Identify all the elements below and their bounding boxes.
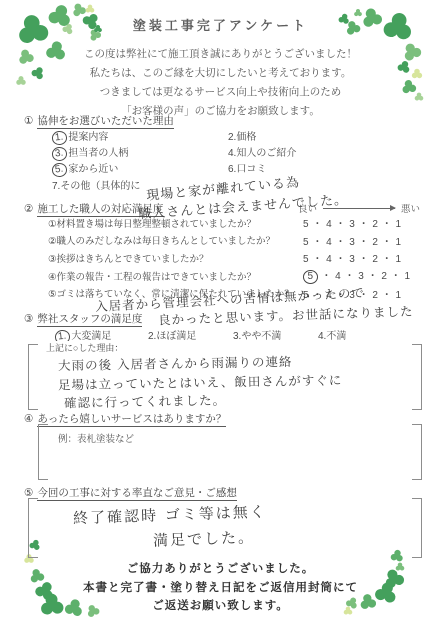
scale-good-label: 良い bbox=[298, 201, 317, 215]
rating-values: 5 ・ 4 ・ 3 ・ 2 ・ 1 bbox=[303, 267, 421, 284]
circle-mark: 3. bbox=[51, 146, 68, 162]
page-title: 塗装工事完了アンケート bbox=[0, 15, 441, 34]
q3-option-3: 3.やや不満 bbox=[233, 327, 318, 344]
rating-scale-header: 良い 悪い bbox=[298, 201, 420, 215]
q4-answer-box: 例：表札塗装など bbox=[38, 424, 422, 480]
rating-row: ④作業の報告・工程の報告はできていましたか？ 5 ・ 4 ・ 3 ・ 2 ・ 1 bbox=[48, 267, 421, 285]
circle-mark: 5 bbox=[303, 270, 318, 284]
scale-bad-label: 悪い bbox=[401, 201, 420, 215]
q1-number: ① bbox=[24, 115, 33, 127]
rating-values: 5 ・ 4 ・ 3 ・ 2 ・ 1 bbox=[303, 250, 421, 265]
intro-line: つきましては更なるサービス向上や技術向上のため bbox=[0, 83, 441, 102]
reason-label: 上記に○した理由： bbox=[43, 341, 126, 354]
footer-text: ご協力ありがとうございました。 本書と完了書・塗り替え日記をご返信用封筒にて ご… bbox=[0, 560, 441, 616]
q3-option-4: 4.不満 bbox=[318, 327, 346, 344]
q1-option-1: 1.提案内容 bbox=[52, 130, 228, 146]
circle-mark: 5. bbox=[51, 163, 68, 179]
rating-values: 5 ・ 4 ・ 3 ・ 2 ・ 1 bbox=[303, 233, 421, 248]
circle-mark: 1. bbox=[51, 130, 68, 146]
intro-line: この度は弊社にて施工頂き誠にありがとうございました！ bbox=[0, 45, 441, 64]
handwriting-note: 大雨の後 入居者さんから雨漏りの連絡 bbox=[58, 352, 293, 374]
q4-number: ④ bbox=[24, 413, 33, 425]
footer-line: ご協力ありがとうございました。 bbox=[0, 560, 441, 579]
handwriting-note: 確認に行ってくれました。 bbox=[64, 391, 226, 412]
handwriting-note: 終了確認時 ゴミ等は無く bbox=[73, 501, 267, 529]
footer-line: ご返送お願い致します。 bbox=[0, 597, 441, 616]
q3-heading: ③弊社スタッフの満足度 bbox=[24, 311, 142, 326]
rating-row: ①材料置き場は毎日整理整頓されていましたか？ 5 ・ 4 ・ 3 ・ 2 ・ 1 bbox=[48, 214, 421, 232]
q3-option-2: 2.ほぼ満足 bbox=[148, 327, 233, 344]
rating-row: ③挨拶はきちんとできていましたか？ 5 ・ 4 ・ 3 ・ 2 ・ 1 bbox=[48, 249, 421, 267]
survey-form-page: 塗装工事完了アンケート この度は弊社にて施工頂き誠にありがとうございました！ 私… bbox=[0, 0, 441, 623]
intro-line: 私たちは、このご縁を大切にしたいと考えております。 bbox=[0, 64, 441, 83]
q3-number: ③ bbox=[24, 313, 33, 325]
q1-option-2: 2.価格 bbox=[228, 130, 256, 146]
handwriting-note: 満足でした。 bbox=[153, 526, 256, 551]
arrow-right-icon bbox=[323, 208, 395, 209]
q1-heading: ①協伸をお選びいただいた理由 bbox=[24, 113, 174, 128]
q5-answer-box: 終了確認時 ゴミ等は無く 満足でした。 bbox=[28, 498, 422, 558]
q1-option-5: 5.家から近い bbox=[52, 162, 228, 178]
q2-number: ② bbox=[24, 203, 33, 215]
rating-values: 5 ・ 4 ・ 3 ・ 2 ・ 1 bbox=[303, 215, 421, 230]
footer-line: 本書と完了書・塗り替え日記をご返信用封筒にて bbox=[0, 579, 441, 598]
q3-reason-box: 上記に○した理由： 大雨の後 入居者さんから雨漏りの連絡 足場は立っていたとはい… bbox=[28, 344, 422, 410]
intro-text: この度は弊社にて施工頂き誠にありがとうございました！ 私たちは、このご縁を大切に… bbox=[0, 45, 441, 121]
rating-row: ②職人のみだしなみは毎日きちんとしていましたか？ 5 ・ 4 ・ 3 ・ 2 ・… bbox=[48, 232, 421, 250]
q1-option-4: 4.知人のご紹介 bbox=[228, 146, 296, 162]
q1-option-3: 3.担当者の人柄 bbox=[52, 146, 228, 162]
example-text: 例：表札塗装など bbox=[58, 431, 134, 445]
